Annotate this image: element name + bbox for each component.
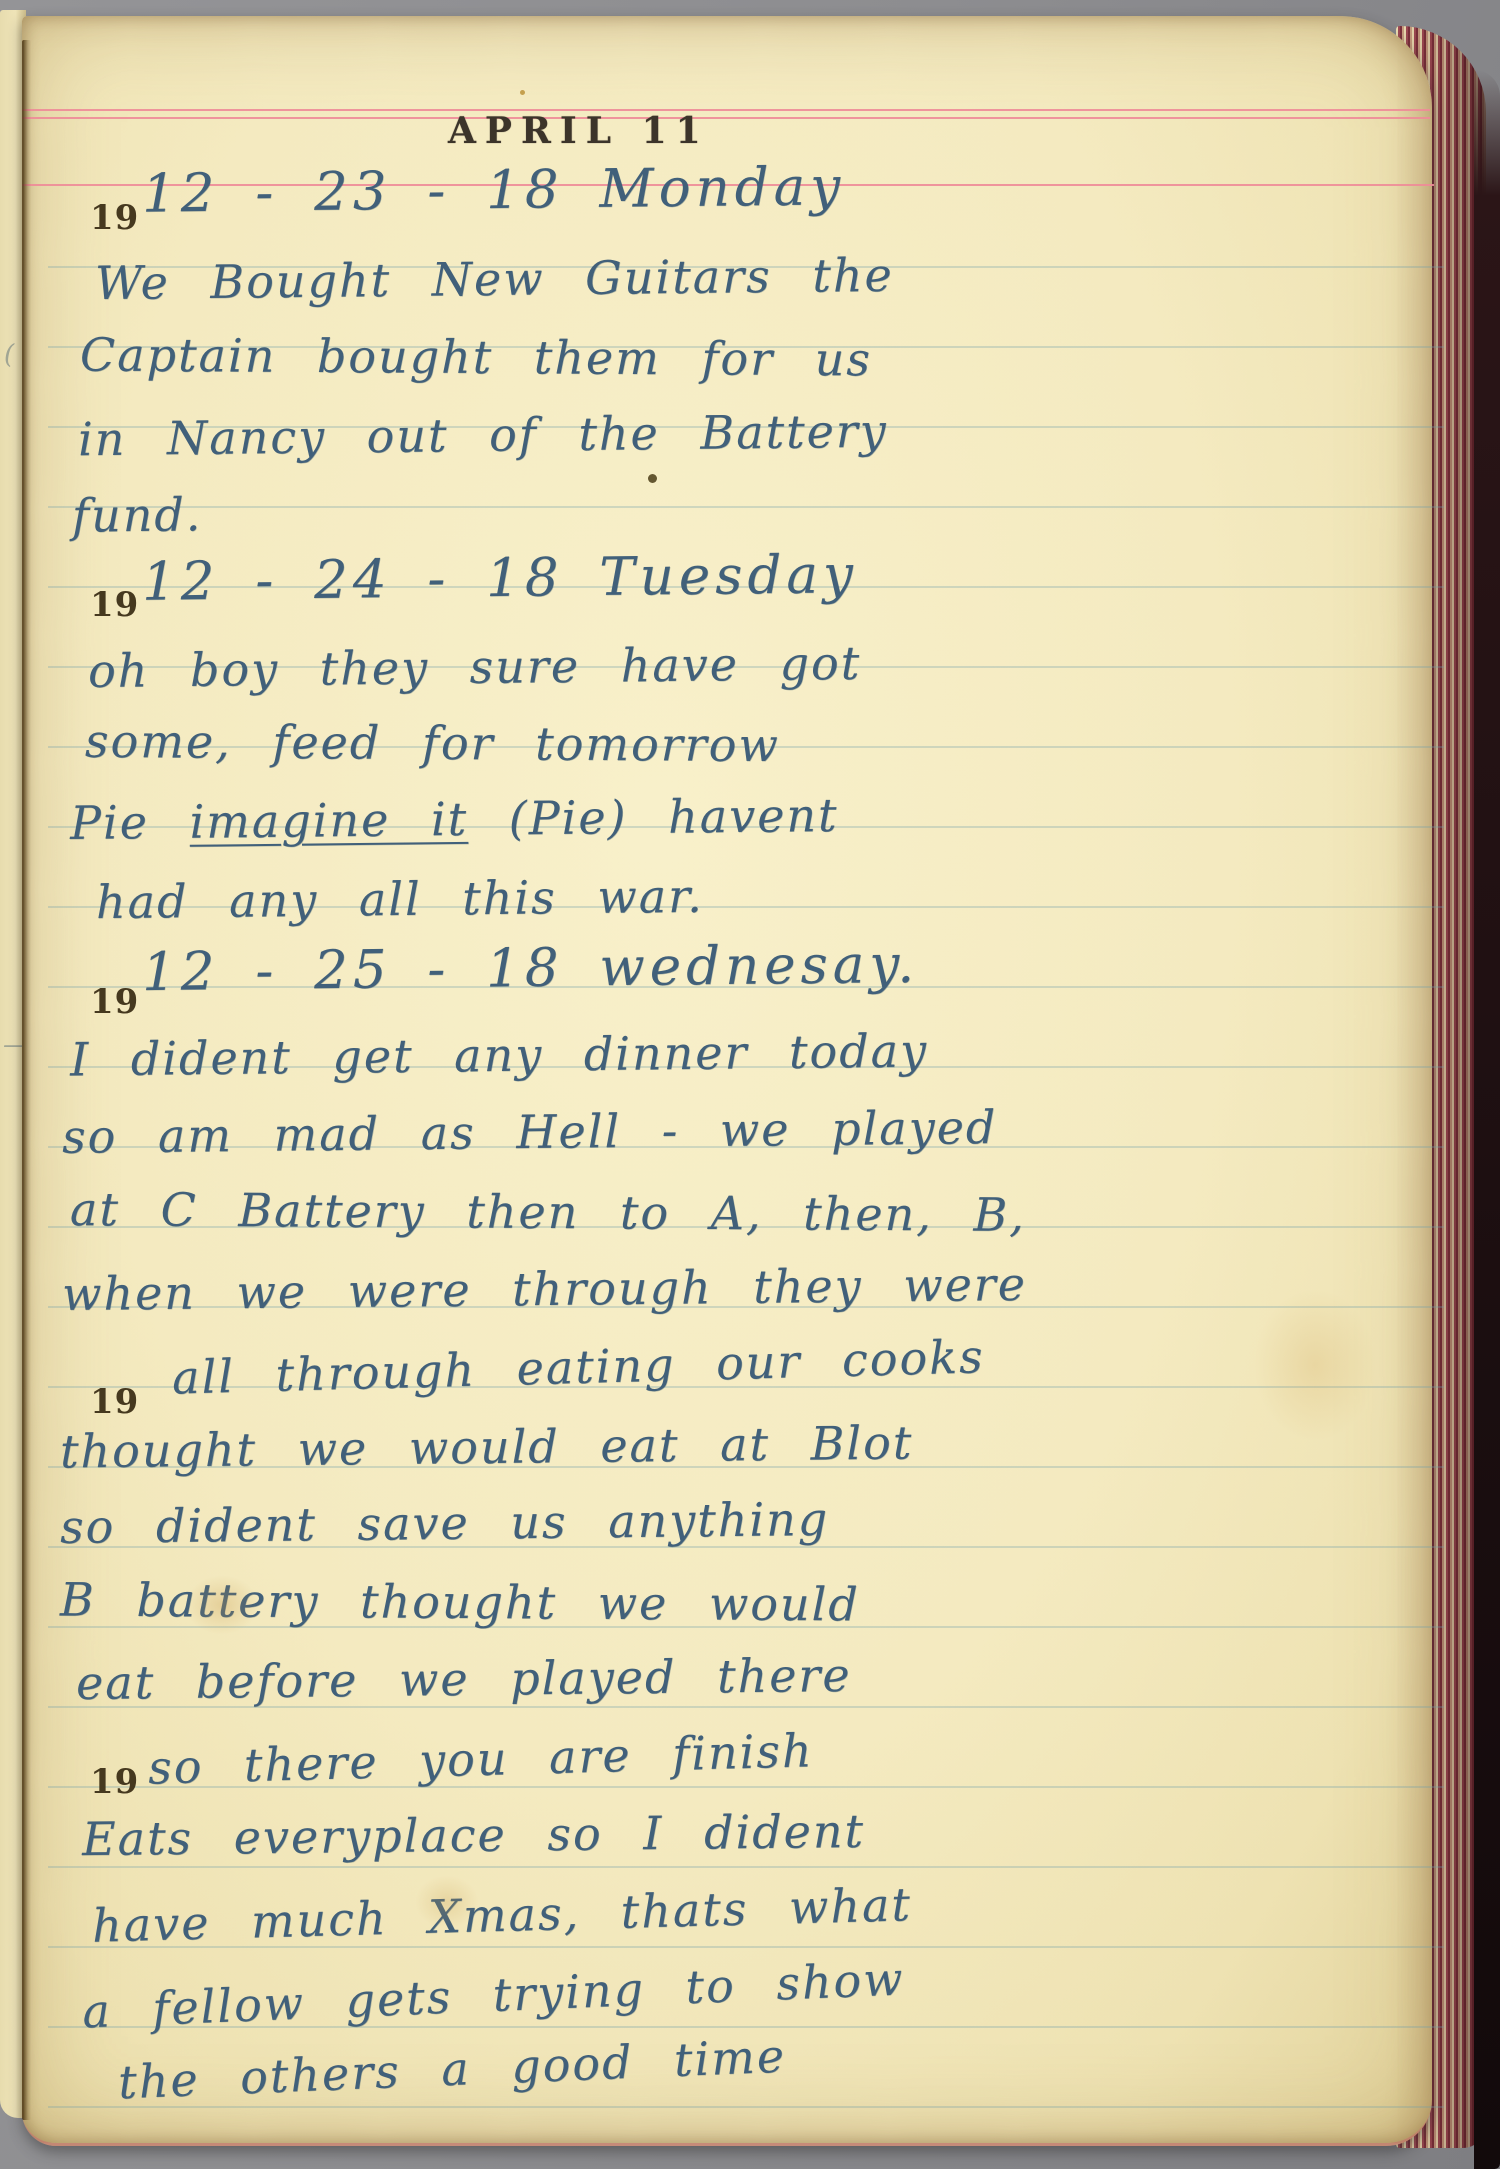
page-date-header: APRIL 11 <box>448 110 710 152</box>
diary-line: thought we would eat at Blot <box>60 1416 914 1479</box>
year-prefix-label: 19 <box>90 1762 139 1802</box>
diary-line: We Bought New Guitars the <box>95 248 894 310</box>
year-prefix-label: 19 <box>90 585 139 625</box>
diary-line: I dident get any dinner today <box>70 1024 929 1087</box>
year-prefix-label: 19 <box>90 982 139 1022</box>
diary-line: B battery thought we would <box>60 1573 860 1632</box>
binding-gutter-shadow <box>22 40 31 2120</box>
year-prefix-label: 19 <box>90 1382 139 1422</box>
diary-line-segment: (Pie) havent <box>468 788 839 846</box>
diary-line: had any all this war. <box>96 869 704 929</box>
diary-line: at C Battery then to A, then, B, <box>70 1182 1026 1242</box>
diary-line: fund. <box>72 487 203 542</box>
book-cover-edge <box>1474 70 1500 2169</box>
printed-red-rule <box>22 109 1430 111</box>
bleed-through-mark: ( <box>4 340 14 370</box>
diary-line: when we were through they were <box>62 1257 1028 1321</box>
year-prefix-label: 19 <box>90 198 139 238</box>
scanned-diary-photo: { "page": { "printed_header": "APRIL 11"… <box>0 0 1500 2169</box>
entry-date-heading: 12 - 23 - 18 Monday <box>142 156 846 224</box>
diary-line: Captain bought them for us <box>80 328 872 387</box>
diary-line: so dident save us anything <box>60 1492 830 1554</box>
entry-date-heading: 12 - 24 - 18 Tuesday <box>142 544 858 612</box>
diary-line: Eats everyplace so I dident <box>82 1804 866 1866</box>
diary-line-segment: Pie <box>70 795 190 850</box>
diary-line: so am mad as Hell - we played <box>62 1100 998 1164</box>
entry-date-heading: 12 - 25 - 18 wednesay. <box>142 934 920 1003</box>
diary-line: in Nancy out of the Battery <box>78 404 888 466</box>
printed-red-rule <box>22 117 1430 119</box>
underlined-phrase: imagine it <box>189 792 468 849</box>
diary-line: oh boy they sure have got <box>88 636 862 698</box>
diary-line: some, feed for tomorrow <box>85 714 780 772</box>
diary-line: eat before we played there <box>76 1648 852 1710</box>
diary-line: Pie imagine it (Pie) havent <box>70 788 839 850</box>
